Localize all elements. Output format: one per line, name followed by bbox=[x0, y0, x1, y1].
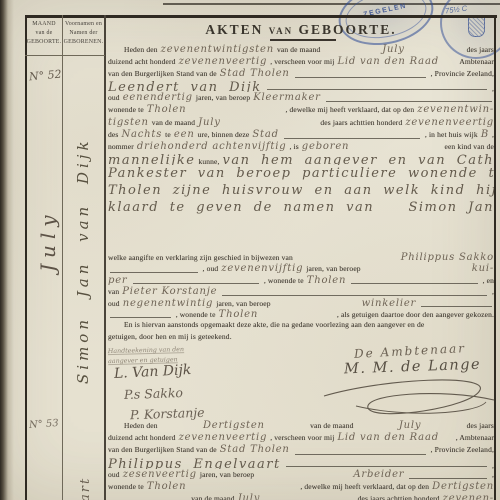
printed-text: , is bbox=[289, 142, 298, 151]
text-line: Leendert van Dijk, bbox=[108, 80, 494, 92]
printed-text: jaren, van beroep bbox=[196, 93, 250, 102]
text-line: getuigen, door hen en mij is geteekend. bbox=[108, 332, 494, 343]
text-line: oudzesenveertigjaren, van beroepArbeider… bbox=[108, 469, 494, 481]
blank-rule bbox=[295, 69, 426, 78]
handwritten-text: B bbox=[481, 129, 489, 140]
act2-number: N° 53 bbox=[29, 418, 59, 431]
margin-header-underrule bbox=[25, 55, 105, 56]
handwritten-text: Nachts bbox=[121, 129, 162, 140]
printed-text: welke aangifte en verklaring zijn geschi… bbox=[108, 253, 293, 262]
handwritten-text: July bbox=[399, 420, 422, 431]
printed-text: , verscheen voor mij bbox=[270, 433, 334, 442]
title-underline bbox=[270, 39, 336, 41]
handwritten-name: Leendert van Dijk bbox=[108, 80, 262, 92]
text-line: wonende teTholen, dewelke mij heeft verk… bbox=[108, 104, 494, 116]
printed-text: , Ambtenaar bbox=[456, 433, 494, 442]
witness-signature: L. Van Dijk bbox=[114, 362, 192, 382]
handwritten-text: zesenveertig bbox=[123, 469, 197, 480]
page-title: AKTEN van GEBOORTE. bbox=[108, 22, 494, 38]
blank-rule bbox=[222, 287, 487, 296]
text-line: oudnegenentwintigjaren, van beroepwinkel… bbox=[108, 298, 494, 309]
handwritten-name: Pankester van beroep particuliere wonend… bbox=[108, 166, 494, 181]
text-line: tigstenvan de maandJulydes jaars achttie… bbox=[108, 117, 494, 129]
text-line: desNachtsteeenure, binnen dezeStad, in h… bbox=[108, 129, 494, 141]
act1-month-vertical: July bbox=[36, 209, 60, 272]
handwritten-text: kui- bbox=[472, 263, 494, 274]
blank-rule bbox=[421, 298, 492, 307]
handwritten-name: klaard te geven de namen van bbox=[108, 200, 374, 215]
stamp-fee-label: 75½ C bbox=[444, 4, 467, 16]
printed-text: wonende te bbox=[108, 482, 144, 491]
handwritten-text: Philippus Sakko bbox=[401, 252, 494, 263]
printed-text: van de maand bbox=[152, 118, 195, 127]
printed-text: des jaars bbox=[467, 45, 494, 54]
handwritten-text: Dertigsten bbox=[432, 481, 494, 492]
act2-partial-name-vertical: art bbox=[78, 477, 93, 500]
printed-text: nommer bbox=[108, 142, 134, 151]
handwritten-text: eenendertig bbox=[123, 92, 193, 103]
act1-number: N° 52 bbox=[28, 68, 62, 84]
handwritten-text: Arbeider bbox=[353, 469, 404, 480]
document-page: ZEGELEN 75½ C MAAND van de GEBOORTE. Voo… bbox=[0, 0, 500, 500]
printed-text: van de maand bbox=[277, 45, 320, 54]
handwritten-text: Dertigsten bbox=[203, 420, 265, 431]
printed-text: , wonende te bbox=[264, 276, 304, 285]
printed-text: duizend acht honderd bbox=[108, 57, 176, 66]
handwritten-name: Philippus Engelvaart bbox=[108, 457, 281, 469]
text-line: nommerdriehonderd achtenvijftig, isgebor… bbox=[108, 141, 494, 153]
handwritten-text: Pieter Korstanje bbox=[122, 286, 217, 297]
printed-text: oud bbox=[108, 299, 120, 308]
printed-text: , bbox=[492, 287, 494, 296]
handwritten-text: July bbox=[238, 493, 261, 500]
printed-text: jaren, van beroep bbox=[216, 299, 270, 308]
printed-text: te bbox=[165, 130, 171, 139]
printed-text: van de maand bbox=[310, 421, 353, 430]
printed-text: des bbox=[108, 130, 118, 139]
handwritten-text: Stad Tholen bbox=[220, 444, 290, 455]
handwritten-text: July bbox=[382, 44, 405, 55]
text-line: van de maandJulydes jaars achttien honde… bbox=[108, 493, 494, 500]
printed-text: van den Burgerlijken Stand van de bbox=[108, 445, 217, 454]
printed-text: , en bbox=[483, 276, 494, 285]
blank-rule bbox=[110, 494, 186, 500]
text-line: duizend acht honderdzevenenveertig, vers… bbox=[108, 56, 494, 68]
blank-rule bbox=[133, 275, 259, 284]
printed-text: ure, binnen deze bbox=[198, 130, 250, 139]
handwritten-text: Tholen bbox=[147, 104, 187, 115]
printed-text: , verscheen voor mij bbox=[270, 57, 334, 66]
text-line: wonende teTholen, dewelke mij heeft verk… bbox=[108, 481, 494, 493]
handwritten-text: per bbox=[108, 275, 128, 286]
printed-text: Heden den bbox=[124, 421, 158, 430]
printed-text: , wonende te bbox=[176, 310, 216, 319]
blank-rule bbox=[409, 470, 487, 479]
text-line: klaard te geven de namen vanSimon Jan bbox=[108, 200, 494, 217]
printed-text: , bbox=[492, 130, 494, 139]
margin-column-divider-2 bbox=[104, 15, 106, 500]
handwritten-text: zevenentwin- bbox=[417, 104, 494, 115]
printed-text: , bbox=[492, 461, 494, 469]
printed-text: , oud bbox=[203, 264, 219, 273]
act1-paragraph-1: Heden denzevenentwintigstenvan de maandJ… bbox=[108, 44, 494, 165]
handwritten-text: driehonderd achtenvijftig bbox=[137, 141, 287, 152]
printed-text: , Provincie Zeeland, bbox=[431, 69, 494, 78]
printed-text: jaren, van beroep bbox=[306, 264, 360, 273]
printed-text: , bbox=[492, 470, 494, 479]
handwritten-text: zevenenvijftig bbox=[221, 263, 303, 274]
printed-text: des jaars bbox=[467, 421, 494, 430]
printed-text: van bbox=[108, 287, 119, 296]
handwritten-name: Simon Jan bbox=[408, 200, 494, 215]
column-header-names: Voornamen en Namen der GEBORENEN. bbox=[63, 20, 104, 47]
text-line: welke aangifte en verklaring zijn geschi… bbox=[108, 252, 494, 263]
handwritten-text: Stad Tholen bbox=[220, 68, 290, 79]
text-line: , wonende teTholen, als getuigen daartoe… bbox=[108, 309, 494, 320]
printed-text: , dewelke mij heeft verklaard, dat op de… bbox=[285, 105, 414, 114]
text-line: , oudzevenenvijftigjaren, van beroepkui- bbox=[108, 263, 494, 274]
blank-rule bbox=[295, 446, 426, 455]
text-line: Philippus Engelvaart, bbox=[108, 457, 494, 469]
blank-rule bbox=[267, 81, 487, 90]
printed-text: oud bbox=[108, 470, 120, 479]
handwritten-text: zevenen- bbox=[443, 493, 494, 500]
blank-rule bbox=[284, 130, 420, 139]
printed-text: van den Burgerlijken Stand van de bbox=[108, 69, 217, 78]
book-gutter-edge bbox=[0, 0, 14, 500]
printed-text: , dewelke mij heeft verklaard, dat op de… bbox=[300, 482, 429, 491]
printed-text: En is hiervan aanstonds opgemaakt deze a… bbox=[124, 320, 424, 329]
act1-paragraph-2: welke aangifte en verklaring zijn geschi… bbox=[108, 252, 494, 343]
handwritten-text: zevenentwintigsten bbox=[161, 44, 274, 55]
blank-rule bbox=[326, 93, 492, 102]
handwritten-text: zevenenveertig bbox=[179, 432, 268, 443]
printed-text: Heden den bbox=[124, 45, 158, 54]
printed-text: wonende te bbox=[108, 105, 144, 114]
printed-text: des jaars achttien honderd bbox=[358, 494, 440, 500]
blank-rule bbox=[351, 275, 477, 284]
frame-right-rule bbox=[494, 15, 496, 500]
text-line: vanPieter Korstanje, bbox=[108, 286, 494, 297]
text-line: Heden denDertigstenvan de maandJulydes j… bbox=[108, 420, 494, 432]
handwritten-text: Lid van den Raad bbox=[337, 56, 438, 67]
handwritten-text: Tholen bbox=[219, 309, 259, 320]
handwritten-text: geboren bbox=[302, 141, 349, 152]
text-line: Tholen zijne huisvrouw en aan welk kind … bbox=[108, 183, 494, 200]
handwritten-text: July bbox=[198, 117, 221, 128]
printed-text: getuigen, door hen en mij is geteekend. bbox=[108, 332, 232, 341]
handwritten-text: negenentwintig bbox=[123, 298, 214, 309]
handwritten-text: tigsten bbox=[108, 117, 149, 128]
text-line: van den Burgerlijken Stand van deStad Th… bbox=[108, 444, 494, 456]
handwritten-name: van hem aangever en van Catharina bbox=[223, 153, 494, 165]
act1-handwritten-passage: Pankester van beroep particuliere wonend… bbox=[108, 166, 494, 217]
printed-text: een kind van de bbox=[444, 142, 494, 151]
act1-child-names-vertical: Simon Jan van Dijk bbox=[74, 137, 92, 384]
printed-text: duizend acht honderd bbox=[108, 433, 176, 442]
margin-column-divider-1 bbox=[62, 15, 63, 500]
handwritten-text: Tholen bbox=[307, 275, 347, 286]
witness-signature: P.s Sakko bbox=[124, 385, 183, 402]
printed-text: , als getuigen daartoe door den aangever… bbox=[337, 310, 494, 319]
printed-text: jaren, van beroep bbox=[200, 470, 254, 479]
act2-paragraph: Heden denDertigstenvan de maandJulydes j… bbox=[108, 420, 494, 500]
text-line: mannelijkekunne,van hem aangever en van … bbox=[108, 153, 494, 165]
text-line: Heden denzevenentwintigstenvan de maandJ… bbox=[108, 44, 494, 56]
signature-flourish bbox=[316, 372, 500, 424]
text-line: En is hiervan aanstonds opgemaakt deze a… bbox=[108, 320, 494, 331]
text-line: van den Burgerlijken Stand van deStad Th… bbox=[108, 68, 494, 80]
handwritten-text: Kleermaker bbox=[253, 92, 321, 103]
printed-text: van de maand bbox=[191, 494, 234, 500]
handwritten-name: mannelijke bbox=[108, 153, 195, 165]
handwritten-text: zevenenveertig bbox=[405, 117, 494, 128]
text-line: Pankester van beroep particuliere wonend… bbox=[108, 166, 494, 183]
column-header-month: MAAND van de GEBOORTE. bbox=[26, 20, 62, 47]
printed-text: , bbox=[492, 84, 494, 92]
frame-left-rule bbox=[25, 15, 27, 500]
frame-top-rule bbox=[25, 15, 497, 18]
text-line: oudeenendertigjaren, van beroepKleermake… bbox=[108, 92, 494, 104]
handwritten-text: een bbox=[174, 129, 195, 140]
blank-rule bbox=[110, 309, 171, 318]
printed-text: , in het huis wijk bbox=[425, 130, 478, 139]
handwritten-text: Stad bbox=[252, 129, 278, 140]
text-line: duizend acht honderdzevenenveertig, vers… bbox=[108, 432, 494, 444]
blank-rule bbox=[286, 458, 487, 467]
handwritten-text: winkelier bbox=[362, 298, 416, 309]
text-line: per, wonende teTholen, en bbox=[108, 275, 494, 286]
printed-text: oud bbox=[108, 93, 120, 102]
printed-text: kunne, bbox=[198, 157, 219, 165]
handwritten-text: zevenenveertig bbox=[179, 56, 268, 67]
handwritten-text: Lid van den Raad bbox=[337, 432, 438, 443]
act1-signature-block: Handteekening van den aangever en getuig… bbox=[108, 344, 494, 420]
printed-text: Ambtenaar bbox=[459, 57, 494, 66]
printed-text: des jaars achttien honderd bbox=[320, 118, 402, 127]
blank-rule bbox=[110, 264, 198, 273]
handwritten-text: Tholen bbox=[147, 481, 187, 492]
printed-text: , Provincie Zeeland, bbox=[431, 445, 494, 454]
handwritten-name: Tholen zijne huisvrouw en aan welk kind … bbox=[108, 183, 494, 198]
